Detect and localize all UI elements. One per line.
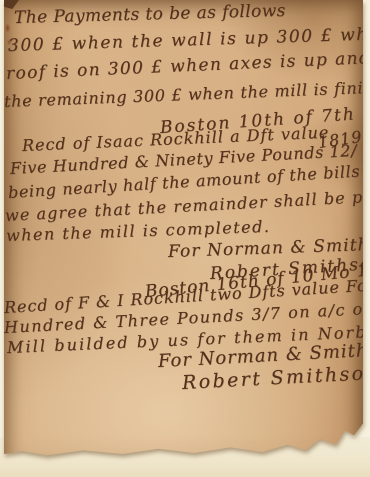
manuscript-scan: The Payments to be as follows 300 £ when… xyxy=(0,0,370,477)
payments-heading-line: The Payments to be as follows xyxy=(14,1,286,28)
manuscript-page-wrap: The Payments to be as follows 300 £ when… xyxy=(4,0,363,468)
payment-terms-line-3: the remaining 300 £ when the mill is fin… xyxy=(4,77,370,111)
manuscript-page: The Payments to be as follows 300 £ when… xyxy=(4,0,363,468)
